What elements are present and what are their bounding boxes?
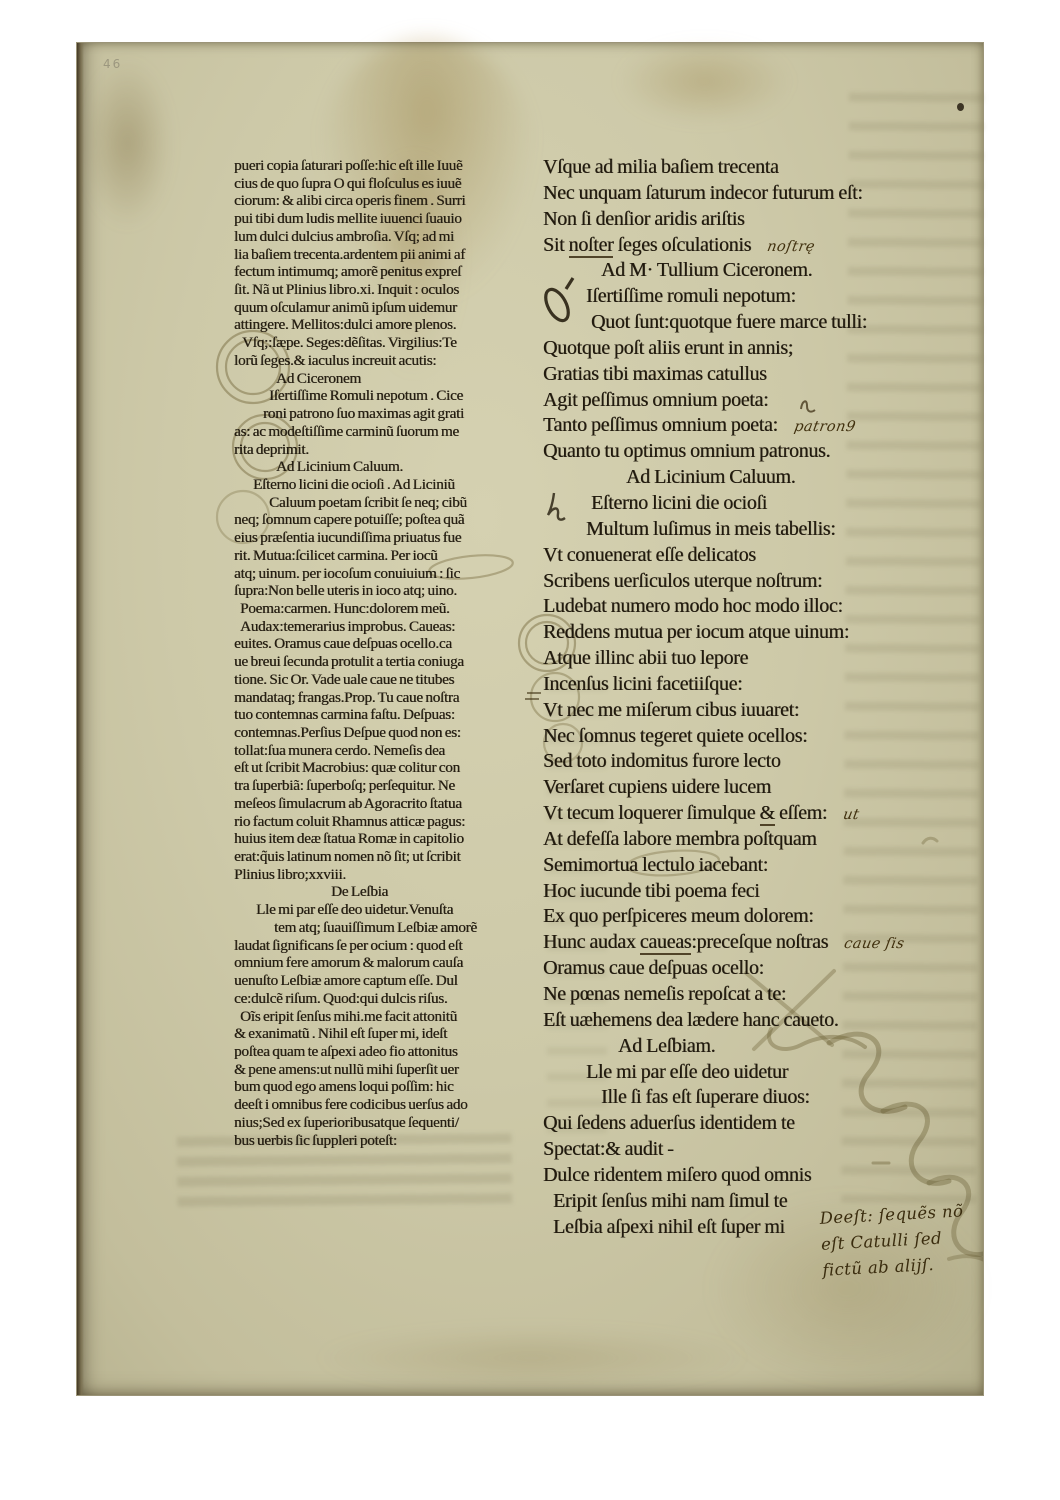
water-stain [85, 61, 170, 226]
text-line: Quanto tu optimus omnium patronus. [543, 439, 963, 465]
line-text: pueri copia ſaturari poſſe:hic eſt ille … [234, 157, 462, 174]
text-line: ue breui ſecunda protulit a tertia coniu… [234, 653, 537, 671]
text-line: tuo contemnas carmina faſtu. Deſpuas: [234, 706, 537, 724]
text-line: Iſertiſſime Romuli nepotum . Cice [234, 387, 537, 405]
line-text: Vt conuenerat eſſe delicatos [543, 544, 756, 566]
text-line: meſeos ſimulacrum ab Agoracrito ſtatua [234, 795, 537, 813]
text-line: Reddens mutua per iocum atque uinum: [543, 620, 963, 646]
text-line: poſtea quam te aſpexi adeo fio attonitus [234, 1043, 537, 1061]
text-line: ſupra:Non belle uteris in ioco atq; uino… [234, 582, 537, 600]
line-text: ue breui ſecunda protulit a tertia coniu… [234, 653, 464, 670]
line-text: ciorum: & alibi circa operis finem . Sur… [234, 192, 465, 209]
line-text: tuo contemnas carmina faſtu. Deſpuas: [234, 706, 455, 723]
text-line: eſt ut ſcribit Macrobius: quæ colitur co… [234, 759, 537, 777]
text-line: Agit peſſimus omnium poeta: [543, 388, 963, 414]
line-text: quum oſculamur animũ ipſum uidemur [234, 299, 457, 316]
text-line: Non ſi denſior aridis ariſtis [543, 207, 963, 233]
text-line: Sed toto indomitus furore lecto [543, 749, 963, 775]
text-line: Spectat:& audit - [543, 1137, 963, 1163]
line-text: Nec ſomnus tegeret quiete ocellos: [543, 725, 807, 747]
line-text: eſt ut ſcribit Macrobius: quæ colitur co… [234, 759, 460, 776]
text-line: attingere. Mellitos:dulci amore plenos. [234, 316, 537, 334]
line-text: At defeſſa labore membra poſtquam [543, 828, 817, 850]
text-line: tione. Sic Or. Vade uale caue ne titubes [234, 671, 537, 689]
line-text: Dulce ridentem miſero quod omnis [543, 1164, 811, 1186]
marginal-handwritten-note: Deeſt: ſequẽs nõ eſt Catulli ſed fictũ a… [819, 1196, 1008, 1284]
line-text: Ad Ciceronem [276, 370, 361, 387]
line-text: Ille ſi fas eſt ſuperare diuos: [601, 1086, 810, 1108]
text-line: rit. Mutua:ſcilicet carmina. Per iocũ [234, 547, 537, 565]
text-line: tem atq; ſuauiſſimum Leſbiæ amorẽ [234, 919, 537, 937]
text-line: Semimortua lectulo iacebant: [543, 853, 963, 879]
text-line: lorũ ſeges.& iaculus increuit acutis: [234, 352, 537, 370]
line-text: ce:dulcẽ riſum. Quod:qui dulcis riſus. [234, 990, 447, 1007]
line-text: Plinius libro;xxviii. [234, 866, 346, 883]
ink-underlined-word: noſter [569, 234, 614, 258]
line-text: Poema:carmen. Hunc:dolorem meũ. [240, 600, 450, 617]
line-text: cius de quo ſupra O qui floſculus es iuu… [234, 175, 461, 192]
heading-line: Ad M· Tullium Ciceronem. [543, 258, 963, 284]
line-text: Iſertiſſime romuli nepotum: [586, 285, 796, 307]
line-text: Lle mi par eſſe deo uidetur.Venuſta [256, 901, 453, 918]
text-line: pueri copia ſaturari poſſe:hic eſt ille … [234, 157, 537, 175]
text-line: Eſterno licini die ocioſi [543, 491, 963, 517]
text-line: as: ac modeſtiſſime carminũ ſuorum me [234, 423, 537, 441]
line-text: Incenſus licini facetiiſque: [543, 673, 742, 695]
pencil-folio-number: 46 [103, 57, 122, 71]
line-text: & pene amens:ut nullũ mihi ſuperſit uer [234, 1061, 459, 1078]
line-text: & exanimatũ . Nihil eſt ſuper mi, ideſt [234, 1025, 447, 1042]
text-line: Vſque ad milia baſiem trecenta [543, 155, 963, 181]
line-text: tem atq; ſuauiſſimum Leſbiæ amorẽ [274, 919, 477, 936]
line-text: atq; uinum. per iocoſum conuiuium : ſic [234, 565, 460, 582]
line-text: Ludebat numero modo hoc modo illoc: [543, 595, 843, 617]
wormhole-dot [957, 103, 964, 111]
poems-column: Vſque ad milia baſiem trecentaNec unquam… [543, 155, 963, 1240]
text-line: Oĩs eripit ſenſus mihi.me facit attonitũ [234, 1008, 537, 1026]
text-line: & pene amens:ut nullũ mihi ſuperſit uer [234, 1061, 537, 1079]
line-text: attingere. Mellitos:dulci amore plenos. [234, 316, 456, 333]
line-text: Hunc audax caueas:preceſque noſtras [543, 931, 828, 955]
line-text: ſit. Nã ut Plinius libro.xi. Inquit : oc… [234, 281, 459, 298]
text-line: tra ſuperbiã: ſuperboſq; perſequitur. Ne [234, 777, 537, 795]
text-line: Lle mi par eſſe deo uidetur.Venuſta [234, 901, 537, 919]
line-text: rio factum coluit Rhamnus atticæ pagus: [234, 813, 465, 830]
handwritten-annotation: noſtrę [765, 235, 817, 261]
heading-line: Ad Licinium Caluum. [543, 465, 963, 491]
text-line: Vſq;:ſæpe. Seges:dẽſitas. Virgilius:Te [234, 334, 537, 352]
line-text: Lle mi par eſſe deo uidetur [586, 1061, 788, 1083]
text-line: omnium fere amorum & malorum cauſa [234, 954, 537, 972]
heading-line: De Leſbia [234, 883, 537, 901]
line-text: contemnas.Perſius Deſpue quod non es: [234, 724, 461, 741]
line-text: Sit noſter ſeges oſculationis [543, 234, 751, 258]
line-text: Non ſi denſior aridis ariſtis [543, 208, 745, 230]
line-text: mandataq; frangas.Prop. Tu caue noſtra [234, 689, 459, 706]
text-line: Dulce ridentem miſero quod omnis [543, 1163, 963, 1189]
text-line: Vt conuenerat eſſe delicatos [543, 543, 963, 569]
line-text: Vt tecum loquerer ſimulque & eſſem: [543, 802, 827, 826]
text-line: Plinius libro;xxviii. [234, 866, 537, 884]
text-line: eius præſentia iucundiſſima priuatus fue [234, 529, 537, 547]
line-text: huius item deæ ſtatua Romæ in capitolio [234, 830, 464, 847]
line-text: Tanto peſſimus omnium poeta: [543, 414, 778, 436]
line-text: Multum luſimus in meis tabellis: [586, 518, 836, 540]
text-line: nius;Sed ex ſuperioribusatque ſequenti/ [234, 1114, 537, 1132]
line-text: De Leſbia [331, 883, 388, 900]
line-text: Ad Licinium Caluum. [626, 466, 795, 488]
line-text: deeſt i omnibus fere codicibus uerſus ad… [234, 1096, 467, 1113]
text-line: Nec ſomnus tegeret quiete ocellos: [543, 724, 963, 750]
commentary-column: pueri copia ſaturari poſſe:hic eſt ille … [234, 157, 537, 1149]
handwritten-annotation: patron9 [792, 415, 858, 441]
line-text: bum quod ego amens loqui poſſim: hic [234, 1078, 454, 1095]
line-text: nius;Sed ex ſuperioribusatque ſequenti/ [234, 1114, 459, 1131]
line-text: Sed toto indomitus furore lecto [543, 750, 781, 772]
line-text: rit. Mutua:ſcilicet carmina. Per iocũ [234, 547, 438, 564]
line-text: Ne pœnas nemeſis repoſcat a te: [543, 983, 786, 1005]
text-line: Hoc iucunde tibi poema feci [543, 879, 963, 905]
text-line: Scribens uerſiculos uterque noſtrum: [543, 569, 963, 595]
line-text: Vſq;:ſæpe. Seges:dẽſitas. Virgilius:Te [242, 334, 457, 351]
text-line: erat:q̃uis latinum nomen nõ ſit; ut ſcri… [234, 848, 537, 866]
text-line: Ex quo perſpiceres meum dolorem: [543, 904, 963, 930]
text-line: fectum intimumq; amorẽ penitus expreſ [234, 263, 537, 281]
text-line: Verſaret cupiens uidere lucem [543, 775, 963, 801]
text-line: contemnas.Perſius Deſpue quod non es: [234, 724, 537, 742]
text-line: Vt tecum loquerer ſimulque & eſſem:ut [543, 801, 963, 827]
text-line: mandataq; frangas.Prop. Tu caue noſtra [234, 689, 537, 707]
text-line: Ludebat numero modo hoc modo illoc: [543, 594, 963, 620]
text-line: Poema:carmen. Hunc:dolorem meũ. [234, 600, 537, 618]
line-text: Scribens uerſiculos uterque noſtrum: [543, 570, 822, 592]
text-line: Multum luſimus in meis tabellis: [543, 517, 963, 543]
line-text: Ex quo perſpiceres meum dolorem: [543, 905, 814, 927]
line-text: Eripit ſenſus mihi nam ſimul te [553, 1190, 787, 1212]
text-line: laudat ſignificans ſe per ocium : quod e… [234, 937, 537, 955]
heading-line: Ad Leſbiam. [543, 1034, 963, 1060]
line-text: Reddens mutua per iocum atque uinum: [543, 621, 849, 643]
line-text: Verſaret cupiens uidere lucem [543, 776, 771, 798]
text-line: Sit noſter ſeges oſculationisnoſtrę [543, 233, 963, 259]
text-line: Lle mi par eſſe deo uidetur [543, 1060, 963, 1086]
text-line: atq; uinum. per iocoſum conuiuium : ſic [234, 565, 537, 583]
line-text: Quotque poſt aliis erunt in annis; [543, 337, 793, 359]
line-text: as: ac modeſtiſſime carminũ ſuorum me [234, 423, 459, 440]
line-text: Nec unquam ſaturum indecor futurum eſt: [543, 182, 863, 204]
line-text: tra ſuperbiã: ſuperboſq; perſequitur. Ne [234, 777, 455, 794]
text-line: rita deprimit. [234, 441, 537, 459]
water-stain [317, 1328, 747, 1388]
line-text: Eſterno licini die ocioſi [591, 492, 767, 514]
text-line: Oramus caue deſpuas ocello: [543, 956, 963, 982]
handwritten-annotation: ut [841, 803, 862, 829]
text-line: Nec unquam ſaturum indecor futurum eſt: [543, 181, 963, 207]
line-text: pui tibi dum ludis mellite iuuenci ſuaui… [234, 210, 462, 227]
text-line: tollat:ſua munera cerdo. Nemeſis dea [234, 742, 537, 760]
line-text: Qui ſedens aduerſus identidem te [543, 1112, 795, 1134]
text-line: & exanimatũ . Nihil eſt ſuper mi, ideſt [234, 1025, 537, 1043]
ink-underlined-word: & [760, 802, 775, 826]
line-text: erat:q̃uis latinum nomen nõ ſit; ut ſcri… [234, 848, 460, 865]
text-line: pui tibi dum ludis mellite iuuenci ſuaui… [234, 210, 537, 228]
text-line: bus uerbis ſic ſuppleri poteſt: [234, 1132, 537, 1150]
line-text: Ad Licinium Caluum. [276, 458, 403, 475]
text-line: ſit. Nã ut Plinius libro.xi. Inquit : oc… [234, 281, 537, 299]
text-line: At defeſſa labore membra poſtquam [543, 827, 963, 853]
line-text: Vſque ad milia baſiem trecenta [543, 156, 779, 178]
text-line: Ille ſi fas eſt ſuperare diuos: [543, 1085, 963, 1111]
line-text: Vt nec me miſerum cibus iuuaret: [543, 699, 799, 721]
line-text: Semimortua lectulo iacebant: [543, 854, 768, 876]
line-text: rita deprimit. [234, 441, 309, 458]
text-line: roni patrono ſuo maximas agit grati [234, 405, 537, 423]
line-text: lorũ ſeges.& iaculus increuit acutis: [234, 352, 436, 369]
line-text: tollat:ſua munera cerdo. Nemeſis dea [234, 742, 445, 759]
text-line: neq; ſomnum capere potuiſſe; poſtea quã [234, 511, 537, 529]
text-line: deeſt i omnibus fere codicibus uerſus ad… [234, 1096, 537, 1114]
line-text: Audax:temerarius improbus. Caueas: [240, 618, 455, 635]
text-line: Eſt uæhemens dea lædere hanc caueto. [543, 1008, 963, 1034]
text-line: Iſertiſſime romuli nepotum: [543, 284, 963, 310]
text-line: Hunc audax caueas:preceſque noſtrascaue … [543, 930, 963, 956]
line-text: Atque illinc abii tuo lepore [543, 647, 748, 669]
text-line: lum dulci dulcius ambroſia. Vſq; ad mi [234, 228, 537, 246]
line-text: Eſt uæhemens dea lædere hanc caueto. [543, 1009, 838, 1031]
text-line: Audax:temerarius improbus. Caueas: [234, 618, 537, 636]
text-line: Caluum poetam ſcribit ſe neq; cibũ [234, 494, 537, 512]
line-text: Oramus caue deſpuas ocello: [543, 957, 764, 979]
text-line: bum quod ego amens loqui poſſim: hic [234, 1078, 537, 1096]
text-line: Tanto peſſimus omnium poeta:patron9 [543, 413, 963, 439]
ink-underlined-word: caueas [640, 931, 692, 955]
text-line: cius de quo ſupra O qui floſculus es iuu… [234, 175, 537, 193]
line-text: Eſterno licini die ocioſi . Ad Liciniũ [253, 476, 455, 493]
heading-line: Ad Licinium Caluum. [234, 458, 537, 476]
line-text: roni patrono ſuo maximas agit grati [263, 405, 464, 422]
text-line: quum oſculamur animũ ipſum uidemur [234, 299, 537, 317]
line-text: Gratias tibi maximas catullus [543, 363, 767, 385]
line-text: omnium fere amorum & malorum cauſa [234, 954, 463, 971]
line-text: Quanto tu optimus omnium patronus. [543, 440, 830, 462]
heading-line: Ad Ciceronem [234, 370, 537, 388]
handwritten-annotation: caue ſis [842, 932, 907, 958]
text-line: uenuſto Leſbiæ amore captum eſſe. Dul [234, 972, 537, 990]
text-line: Atque illinc abii tuo lepore [543, 646, 963, 672]
line-text: Ad Leſbiam. [618, 1035, 715, 1057]
text-line: Ne pœnas nemeſis repoſcat a te: [543, 982, 963, 1008]
text-line: Incenſus licini facetiiſque: [543, 672, 963, 698]
text-line: Quotque poſt aliis erunt in annis; [543, 336, 963, 362]
text-line: Quot ſunt:quotque fuere marce tulli: [543, 310, 963, 336]
line-text: lum dulci dulcius ambroſia. Vſq; ad mi [234, 228, 454, 245]
line-text: uenuſto Leſbiæ amore captum eſſe. Dul [234, 972, 458, 989]
scanned-document: 46 pueri copia ſaturari poſſe:hic eſt il… [0, 0, 1060, 1500]
line-text: laudat ſignificans ſe per ocium : quod e… [234, 937, 462, 954]
line-text: lia baſiem trecenta.ardentem pii animi a… [234, 246, 465, 263]
line-text: euites. Oramus caue deſpuas ocello.ca [234, 635, 452, 652]
line-text: bus uerbis ſic ſuppleri poteſt: [234, 1132, 397, 1149]
text-line: Eſterno licini die ocioſi . Ad Liciniũ [234, 476, 537, 494]
line-text: neq; ſomnum capere potuiſſe; poſtea quã [234, 511, 464, 528]
line-text: Iſertiſſime Romuli nepotum . Cice [269, 387, 463, 404]
line-text: Agit peſſimus omnium poeta: [543, 389, 768, 411]
text-line: Vt nec me miſerum cibus iuuaret: [543, 698, 963, 724]
line-text: Caluum poetam ſcribit ſe neq; cibũ [269, 494, 467, 511]
line-text: Oĩs eripit ſenſus mihi.me facit attonitũ [240, 1008, 457, 1025]
text-line: rio factum coluit Rhamnus atticæ pagus: [234, 813, 537, 831]
line-text: tione. Sic Or. Vade uale caue ne titubes [234, 671, 454, 688]
binding-gutter-shadow [77, 43, 84, 1395]
line-text: fectum intimumq; amorẽ penitus expreſ [234, 263, 461, 280]
line-text: Quot ſunt:quotque fuere marce tulli: [591, 311, 867, 333]
line-text: eius præſentia iucundiſſima priuatus fue [234, 529, 461, 546]
book-page: 46 pueri copia ſaturari poſſe:hic eſt il… [76, 42, 984, 1396]
line-text: ſupra:Non belle uteris in ioco atq; uino… [234, 582, 457, 599]
text-line: lia baſiem trecenta.ardentem pii animi a… [234, 246, 537, 264]
text-line: Gratias tibi maximas catullus [543, 362, 963, 388]
line-text: Leſbia aſpexi nihil eſt ſuper mi [553, 1216, 785, 1238]
line-text: Hoc iucunde tibi poema feci [543, 880, 759, 902]
line-text: Ad M· Tullium Ciceronem. [601, 259, 812, 281]
line-text: meſeos ſimulacrum ab Agoracrito ſtatua [234, 795, 462, 812]
text-line: euites. Oramus caue deſpuas ocello.ca [234, 635, 537, 653]
water-stain [617, 39, 792, 124]
text-line: huius item deæ ſtatua Romæ in capitolio [234, 830, 537, 848]
line-text: Spectat:& audit - [543, 1138, 674, 1160]
text-line: ce:dulcẽ riſum. Quod:qui dulcis riſus. [234, 990, 537, 1008]
text-line: Qui ſedens aduerſus identidem te [543, 1111, 963, 1137]
text-line: ciorum: & alibi circa operis finem . Sur… [234, 192, 537, 210]
line-text: poſtea quam te aſpexi adeo fio attonitus [234, 1043, 458, 1060]
